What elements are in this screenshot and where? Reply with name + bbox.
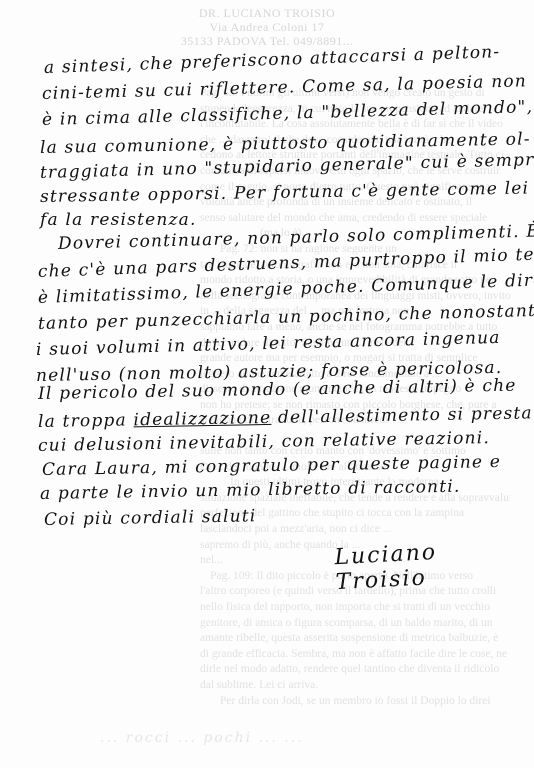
letterhead-address: Via Andrea Coloni 17 — [0, 20, 534, 34]
scanned-letter-page: DR. LUCIANO TROISIO Via Andrea Coloni 17… — [0, 0, 534, 768]
bleed-line: genitore, di amica o figura scomparsa, d… — [110, 616, 510, 632]
underlined-word: idealizzazione — [133, 408, 271, 430]
bleed-line: dal sublime. Lei ci arriva. — [110, 678, 510, 694]
bleed-line: nello fisica del rapporto, non importa c… — [110, 600, 510, 616]
handwritten-line: fa la resistenza. — [40, 210, 197, 230]
bleed-through-handwriting: ... rocci ... pochi ... ... — [100, 730, 304, 746]
bleed-line: Per dirla con Jodi, se un membro io foss… — [110, 694, 510, 710]
letterhead: DR. LUCIANO TROISIO Via Andrea Coloni 17… — [0, 6, 534, 48]
bleed-line: amante ribelle, questa asserita sospensi… — [110, 631, 510, 647]
handwritten-line: Coi più cordiali saluti — [44, 506, 257, 530]
bleed-line: dirle nel modo adatto, rendere quel tant… — [110, 662, 510, 678]
bleed-line: di grande efficacia. Sembra, ma non è af… — [110, 647, 510, 663]
letterhead-name: DR. LUCIANO TROISIO — [0, 6, 534, 20]
signature: Luciano Troisio — [334, 535, 534, 595]
